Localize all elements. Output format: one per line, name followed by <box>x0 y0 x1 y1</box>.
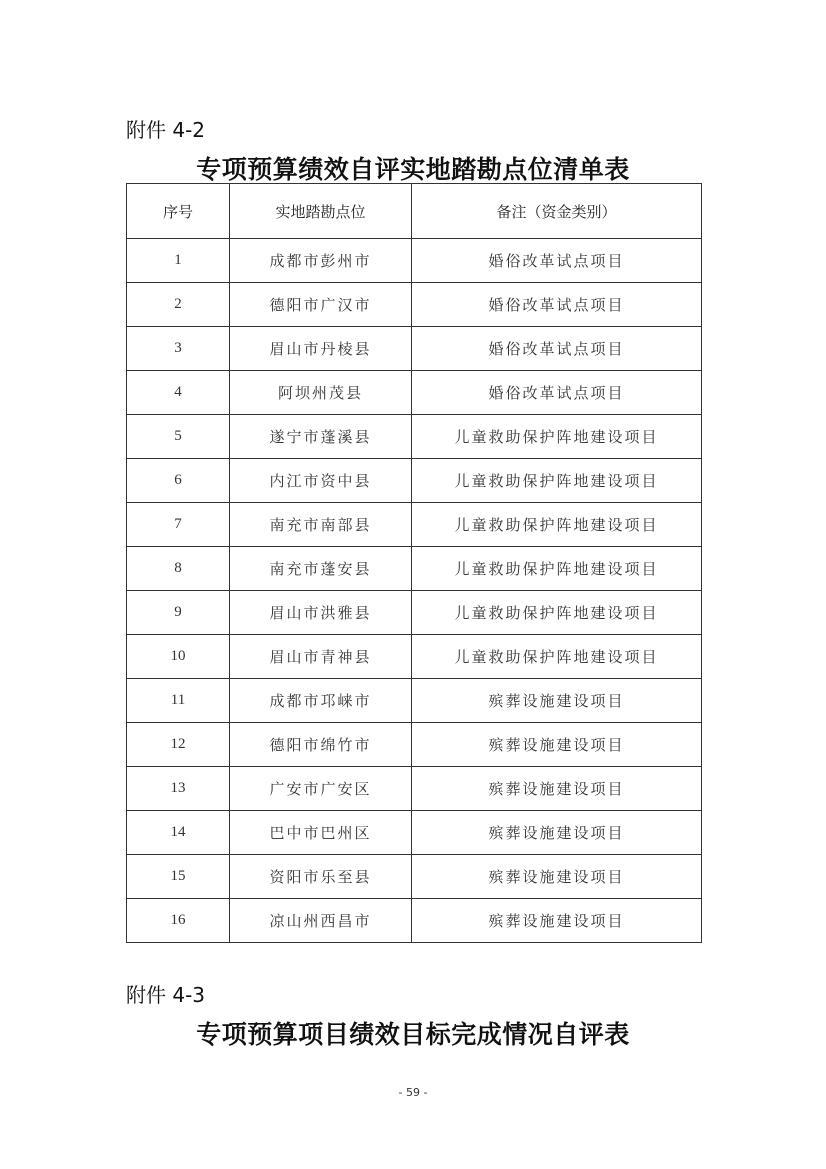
header-remarks-fund-category: 备注（资金类别） <box>412 184 702 239</box>
serial-number-cell: 15 <box>127 855 230 899</box>
table-row: 11成都市邛崃市殡葬设施建设项目 <box>127 679 702 723</box>
fund-category-cell: 儿童救助保护阵地建设项目 <box>412 635 702 679</box>
fund-category-cell: 儿童救助保护阵地建设项目 <box>412 547 702 591</box>
fund-category-cell: 婚俗改革试点项目 <box>412 327 702 371</box>
serial-number-cell: 1 <box>127 239 230 283</box>
inspection-site-cell: 广安市广安区 <box>230 767 412 811</box>
table-row: 12德阳市绵竹市殡葬设施建设项目 <box>127 723 702 767</box>
fund-category-cell: 殡葬设施建设项目 <box>412 811 702 855</box>
fund-category-cell: 殡葬设施建设项目 <box>412 723 702 767</box>
site-list-title: 专项预算绩效自评实地踏勘点位清单表 <box>0 150 826 186</box>
fund-category-cell: 殡葬设施建设项目 <box>412 679 702 723</box>
table-row: 6内江市资中县儿童救助保护阵地建设项目 <box>127 459 702 503</box>
inspection-site-cell: 巴中市巴州区 <box>230 811 412 855</box>
serial-number-cell: 8 <box>127 547 230 591</box>
attachment-label-4-2: 附件 4-2 <box>126 114 205 143</box>
serial-number-cell: 4 <box>127 371 230 415</box>
inspection-site-cell: 阿坝州茂县 <box>230 371 412 415</box>
inspection-site-cell: 资阳市乐至县 <box>230 855 412 899</box>
inspection-site-cell: 成都市邛崃市 <box>230 679 412 723</box>
inspection-site-cell: 南充市南部县 <box>230 503 412 547</box>
table-row: 1成都市彭州市婚俗改革试点项目 <box>127 239 702 283</box>
inspection-site-cell: 德阳市广汉市 <box>230 283 412 327</box>
table-row: 7南充市南部县儿童救助保护阵地建设项目 <box>127 503 702 547</box>
site-inspection-table: 序号 实地踏勘点位 备注（资金类别） 1成都市彭州市婚俗改革试点项目2德阳市广汉… <box>126 183 702 943</box>
fund-category-cell: 殡葬设施建设项目 <box>412 767 702 811</box>
fund-category-cell: 殡葬设施建设项目 <box>412 899 702 943</box>
fund-category-cell: 儿童救助保护阵地建设项目 <box>412 459 702 503</box>
inspection-site-cell: 德阳市绵竹市 <box>230 723 412 767</box>
serial-number-cell: 14 <box>127 811 230 855</box>
serial-number-cell: 3 <box>127 327 230 371</box>
header-serial-number: 序号 <box>127 184 230 239</box>
table-row: 9眉山市洪雅县儿童救助保护阵地建设项目 <box>127 591 702 635</box>
serial-number-cell: 16 <box>127 899 230 943</box>
inspection-site-cell: 眉山市青神县 <box>230 635 412 679</box>
header-inspection-site: 实地踏勘点位 <box>230 184 412 239</box>
serial-number-cell: 2 <box>127 283 230 327</box>
fund-category-cell: 儿童救助保护阵地建设项目 <box>412 591 702 635</box>
goal-completion-title: 专项预算项目绩效目标完成情况自评表 <box>0 1015 826 1051</box>
serial-number-cell: 10 <box>127 635 230 679</box>
serial-number-cell: 11 <box>127 679 230 723</box>
inspection-site-cell: 凉山州西昌市 <box>230 899 412 943</box>
attachment-label-4-3: 附件 4-3 <box>126 979 205 1008</box>
serial-number-cell: 12 <box>127 723 230 767</box>
serial-number-cell: 13 <box>127 767 230 811</box>
inspection-site-cell: 南充市蓬安县 <box>230 547 412 591</box>
serial-number-cell: 7 <box>127 503 230 547</box>
table-row: 13广安市广安区殡葬设施建设项目 <box>127 767 702 811</box>
fund-category-cell: 儿童救助保护阵地建设项目 <box>412 503 702 547</box>
inspection-site-cell: 眉山市丹棱县 <box>230 327 412 371</box>
table-body: 1成都市彭州市婚俗改革试点项目2德阳市广汉市婚俗改革试点项目3眉山市丹棱县婚俗改… <box>127 239 702 943</box>
inspection-site-cell: 遂宁市蓬溪县 <box>230 415 412 459</box>
serial-number-cell: 9 <box>127 591 230 635</box>
table-row: 2德阳市广汉市婚俗改革试点项目 <box>127 283 702 327</box>
table-row: 16凉山州西昌市殡葬设施建设项目 <box>127 899 702 943</box>
table-row: 5遂宁市蓬溪县儿童救助保护阵地建设项目 <box>127 415 702 459</box>
table-row: 8南充市蓬安县儿童救助保护阵地建设项目 <box>127 547 702 591</box>
serial-number-cell: 5 <box>127 415 230 459</box>
fund-category-cell: 婚俗改革试点项目 <box>412 283 702 327</box>
table-row: 15资阳市乐至县殡葬设施建设项目 <box>127 855 702 899</box>
inspection-site-cell: 成都市彭州市 <box>230 239 412 283</box>
table-header-row: 序号 实地踏勘点位 备注（资金类别） <box>127 184 702 239</box>
fund-category-cell: 婚俗改革试点项目 <box>412 239 702 283</box>
fund-category-cell: 婚俗改革试点项目 <box>412 371 702 415</box>
serial-number-cell: 6 <box>127 459 230 503</box>
table-row: 10眉山市青神县儿童救助保护阵地建设项目 <box>127 635 702 679</box>
table-row: 14巴中市巴州区殡葬设施建设项目 <box>127 811 702 855</box>
inspection-site-cell: 内江市资中县 <box>230 459 412 503</box>
inspection-site-cell: 眉山市洪雅县 <box>230 591 412 635</box>
table-row: 3眉山市丹棱县婚俗改革试点项目 <box>127 327 702 371</box>
table-row: 4阿坝州茂县婚俗改革试点项目 <box>127 371 702 415</box>
page-number: - 59 - <box>0 1086 826 1099</box>
fund-category-cell: 儿童救助保护阵地建设项目 <box>412 415 702 459</box>
fund-category-cell: 殡葬设施建设项目 <box>412 855 702 899</box>
